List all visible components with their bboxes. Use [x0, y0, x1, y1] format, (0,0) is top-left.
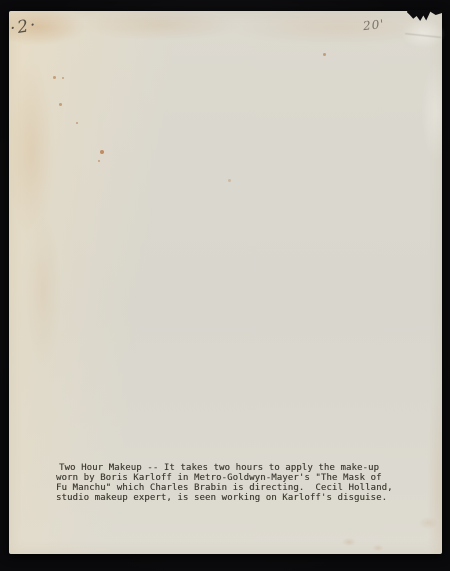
- corner-nick: [428, 10, 442, 15]
- foxing-spot: [100, 150, 104, 154]
- foxing-spot: [53, 76, 56, 79]
- typed-caption: Two Hour Makeup -- It takes two hours to…: [56, 463, 393, 503]
- caption-line-1: Two Hour Makeup -- It takes two hours to…: [56, 463, 393, 473]
- pencil-number-top-right: 20': [362, 17, 385, 33]
- photo-back-paper: ·2· 20' Two Hour Makeup -- It takes two …: [9, 11, 442, 554]
- foxing-spot: [323, 53, 326, 56]
- foxing-spot: [228, 179, 231, 182]
- caption-line-2: worn by Boris Karloff in Metro-Goldwyn-M…: [56, 473, 393, 483]
- foxing-spot: [62, 77, 64, 79]
- caption-line-3: Fu Manchu" which Charles Brabin is direc…: [56, 483, 393, 493]
- dark-backdrop: ·2· 20' Two Hour Makeup -- It takes two …: [0, 0, 450, 571]
- foxing-spot: [98, 160, 100, 162]
- foxing-spot: [59, 103, 62, 106]
- caption-line-4: studio makeup expert, is seen working on…: [56, 493, 393, 503]
- foxing-spot: [76, 122, 78, 124]
- pencil-number-top-left: ·2·: [9, 15, 39, 39]
